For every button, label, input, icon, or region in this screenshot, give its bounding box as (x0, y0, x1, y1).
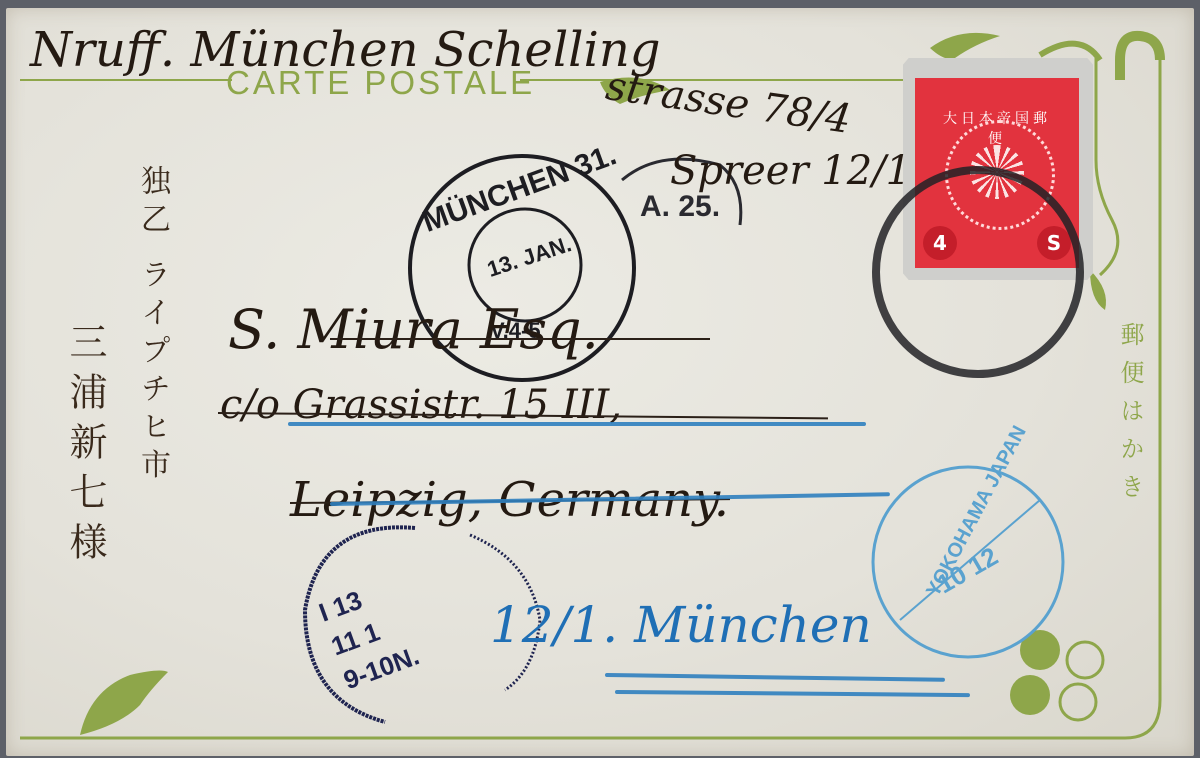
forwarding-line-1: Nruff. München Schelling (30, 22, 661, 78)
street-blue-line (288, 422, 866, 426)
sender-column-1: 独乙 ライプチヒ市 (130, 165, 174, 487)
japan-cancel-postmark (876, 170, 1080, 374)
sender-column-2: 三浦新七様 (58, 322, 113, 572)
partial-postmark-text: A. 25. (640, 190, 720, 224)
redirect-text: 12/1. München (490, 596, 872, 654)
forwarding-line-3: Spreer 12/1 (670, 148, 911, 194)
name-strike (330, 338, 710, 340)
addressee-name: S. Miura Esq. (228, 298, 599, 361)
